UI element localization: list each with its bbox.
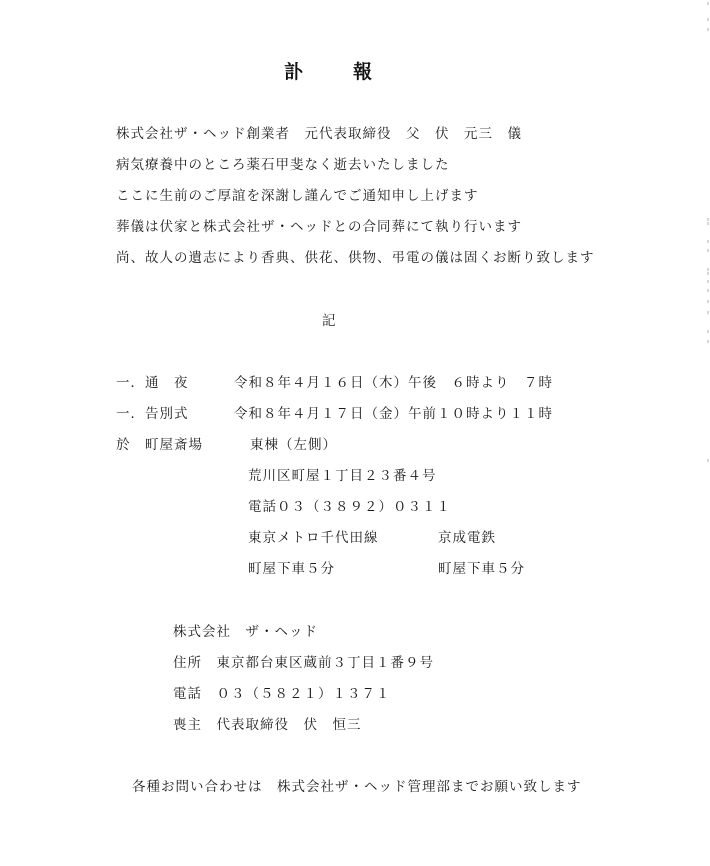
title-char-fu: 訃 <box>284 61 303 83</box>
body-line-1: 株式会社ザ・ヘッド創業者 元代表取締役 父 伏 元三 儀 <box>116 126 522 142</box>
host-address: 住所 東京都台東区蔵前３丁目１番９号 <box>173 655 434 671</box>
funeral-datetime: 令和８年４月１７日（金）午前１０時より１１時 <box>234 406 553 422</box>
access-walk-keisei: 町屋下車５分 <box>438 561 525 577</box>
body-line-4: 葬儀は伏家と株式会社ザ・ヘッドとの合同葬にて執り行います <box>116 219 522 235</box>
venue-phone: 電話０３（３８９２）０３１１ <box>248 499 451 515</box>
funeral-label: 一．告別式 <box>116 406 189 422</box>
inquiry-line: 各種お問い合わせは 株式会社ザ・ヘッド管理部までお願い致します <box>132 779 582 795</box>
body-line-2: 病気療養中のところ薬石甲斐なく逝去いたしました <box>116 157 450 173</box>
wake-label: 一．通 夜 <box>116 375 189 391</box>
body-line-3: ここに生前のご厚誼を深謝し謹んでご通知申し上げます <box>116 188 479 204</box>
access-line-keisei: 京成電鉄 <box>438 530 496 546</box>
scan-edge-artifacts <box>704 0 710 866</box>
venue-address: 荒川区町屋１丁目２３番４号 <box>248 468 437 484</box>
chief-mourner: 喪主 代表取締役 伏 恒三 <box>173 717 362 733</box>
title-char-ho: 報 <box>353 61 372 83</box>
venue-label: 於 町屋斎場 <box>116 437 203 453</box>
wake-datetime: 令和８年４月１６日（木）午後 ６時より ７時 <box>234 375 553 391</box>
body-line-5: 尚、故人の遺志により香典、供花、供物、弔電の儀は固くお断り致します <box>116 250 595 266</box>
obituary-notice-page: 訃 報 株式会社ザ・ヘッド創業者 元代表取締役 父 伏 元三 儀 病気療養中のと… <box>0 0 710 866</box>
venue-building: 東棟（左側） <box>250 437 337 453</box>
ki-heading: 記 <box>322 313 337 329</box>
access-walk-metro: 町屋下車５分 <box>248 561 335 577</box>
host-company: 株式会社 ザ・ヘッド <box>173 624 318 640</box>
host-phone: 電話 ０３（５８２１）１３７１ <box>173 686 391 702</box>
access-line-metro: 東京メトロ千代田線 <box>248 530 379 546</box>
